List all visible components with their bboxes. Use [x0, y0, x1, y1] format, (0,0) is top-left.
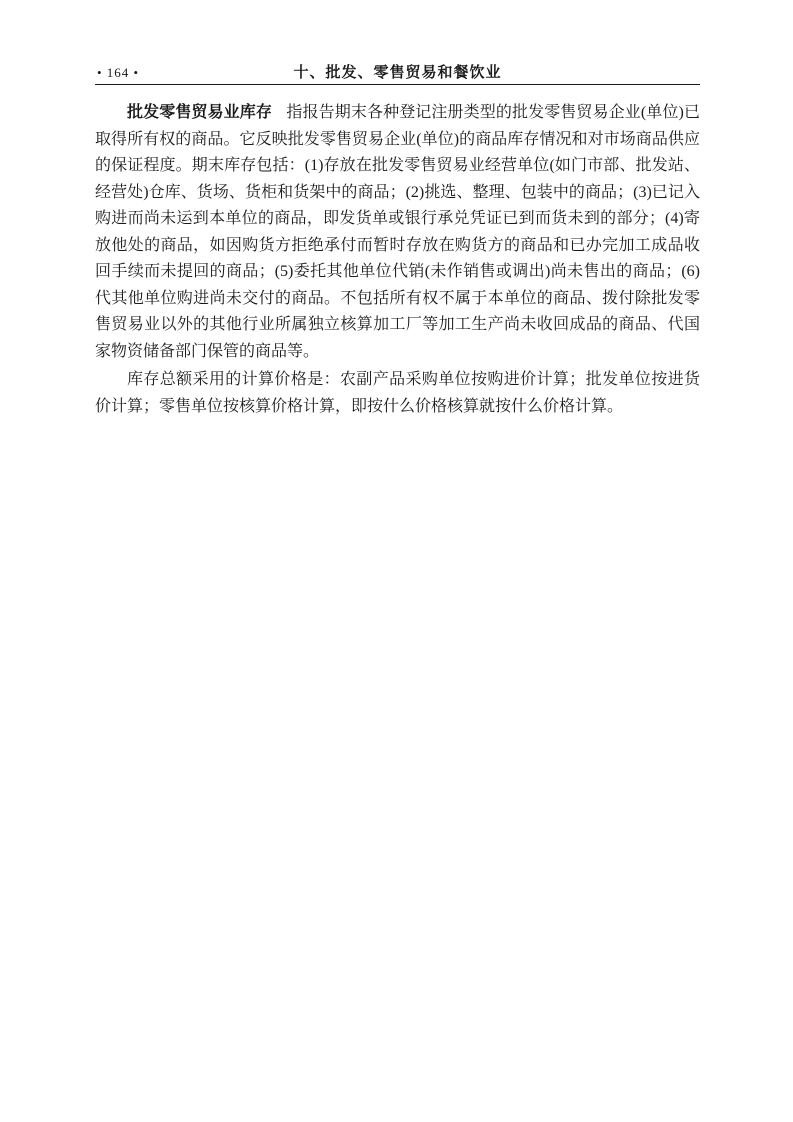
definition-paragraph: 批发零售贸易业库存指报告期末各种登记注册类型的批发零售贸易企业(单位)已取得所有…: [95, 100, 700, 365]
term-definition-text: 指报告期末各种登记注册类型的批发零售贸易企业(单位)已取得所有权的商品。它反映批…: [95, 104, 700, 360]
chapter-title: 十、批发、零售贸易和餐饮业: [95, 61, 700, 82]
page-body: 批发零售贸易业库存指报告期末各种登记注册类型的批发零售贸易企业(单位)已取得所有…: [95, 100, 700, 420]
term-heading: 批发零售贸易业库存: [127, 104, 272, 121]
pricing-paragraph: 库存总额采用的计算价格是：农副产品采购单位按购进价计算；批发单位按进货价计算；零…: [95, 367, 700, 420]
page-header: • 164 • 十、批发、零售贸易和餐饮业: [95, 60, 700, 85]
document-page: • 164 • 十、批发、零售贸易和餐饮业 批发零售贸易业库存指报告期末各种登记…: [0, 0, 793, 1122]
